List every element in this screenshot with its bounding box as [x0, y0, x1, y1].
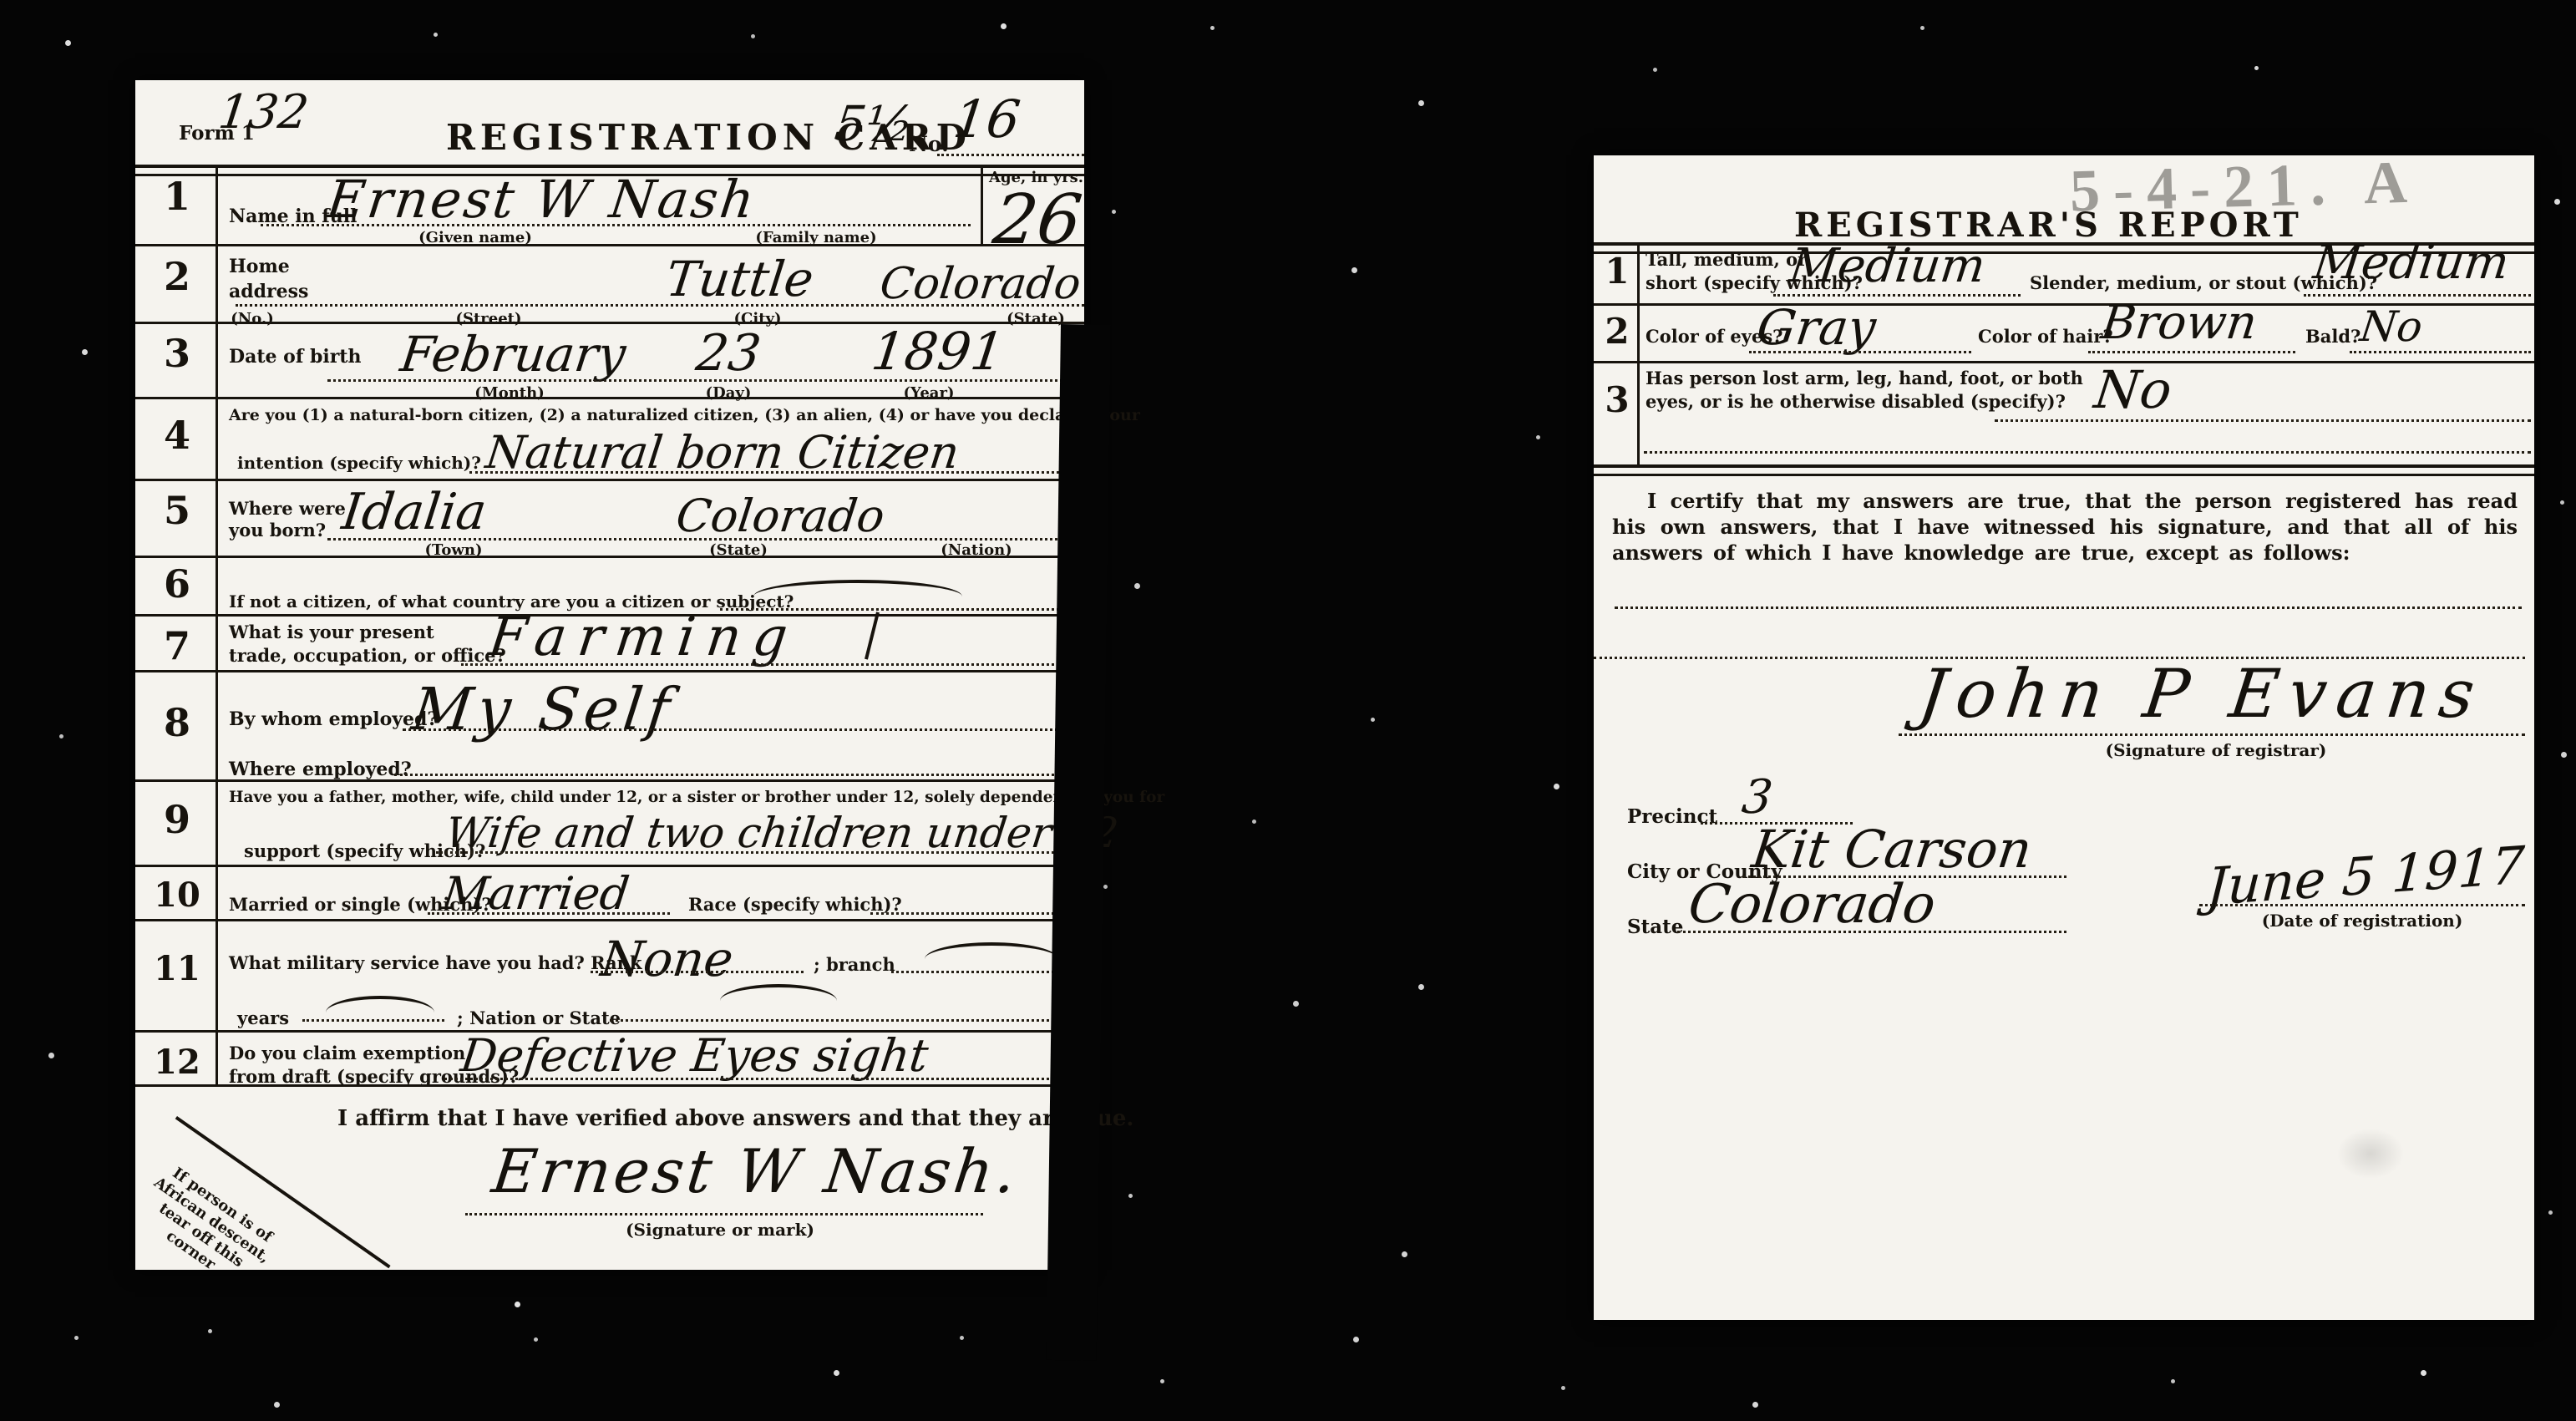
exemption-answer-handwritten: Defective Eyes sight [458, 1029, 931, 1082]
state-label: State [1627, 916, 1683, 938]
row-number: 2 [150, 254, 204, 299]
scan-smudge [2337, 1129, 2404, 1179]
header-dotted-line [937, 154, 1084, 156]
dependent-dotted-line [436, 851, 1084, 854]
home-state-handwritten: Colorado [877, 259, 1083, 309]
citizen-question-1: Are you (1) a natural-born citizen, (2) … [229, 406, 1140, 424]
row-rule [135, 244, 1084, 246]
birth-day-handwritten: 23 [693, 324, 764, 383]
nation-state-dotted-line [610, 1019, 1084, 1022]
employer-dotted-line [403, 728, 1084, 731]
row-rule [1594, 361, 2534, 363]
row-rule [135, 670, 1084, 672]
street-sublabel: (Street) [455, 310, 521, 327]
precinct-handwritten: 3 [1739, 770, 1776, 825]
state-sublabel: (State) [1007, 310, 1065, 327]
row-number: 1 [1600, 251, 1634, 292]
citizen-question-2: intention (specify which)? [237, 453, 481, 473]
citizen-dotted-line [469, 471, 1084, 474]
blank-dotted-line [1615, 606, 2522, 609]
signature-sublabel: (Signature or mark) [626, 1220, 814, 1240]
born-label-1: Where were [229, 498, 346, 519]
signature-dotted-line [465, 1213, 983, 1215]
birth-year-handwritten: 1891 [869, 321, 1008, 382]
scanned-document-background: Form 1 132 REGISTRATION CARD 5½ No. 16 1… [0, 0, 2576, 1421]
state-dotted-line [1677, 931, 2066, 933]
row-rule [135, 556, 1084, 558]
home-city-handwritten: Tuttle [663, 251, 817, 307]
born-label-2: you born? [229, 520, 326, 540]
where-employed-label: Where employed? [229, 759, 412, 780]
state-handwritten: Colorado [1685, 874, 1939, 936]
row-number: 11 [150, 949, 204, 988]
home-label-2: address [229, 281, 308, 302]
registrars-report-card: 5-4-21. A REGISTRAR'S REPORT 1 Tall, med… [1594, 155, 2534, 1320]
years-label: years [237, 1007, 289, 1028]
trade-answer-handwritten: Farming [485, 606, 802, 668]
registrar-signature-handwritten: John P Evans [1914, 655, 2488, 733]
handwritten-dash [925, 942, 1058, 959]
handwritten-dash [753, 580, 962, 596]
registration-date-dotted-line [2199, 904, 2525, 906]
handwritten-tick [865, 612, 880, 659]
disability-label-1: Has person lost arm, leg, hand, foot, or… [1645, 368, 2083, 388]
serial-number-handwritten: 16 [951, 89, 1024, 150]
row-number: 6 [150, 561, 204, 606]
row-rule [135, 919, 1084, 921]
name-dotted-line [261, 224, 971, 226]
row-number: 7 [150, 623, 204, 668]
rank-dotted-line [591, 971, 804, 973]
birth-dotted-line [327, 379, 1084, 382]
age-column-line [981, 165, 983, 244]
form-number-handwritten: 132 [216, 85, 312, 140]
branch-label: ; branch [814, 954, 895, 975]
hair-dotted-line [2088, 351, 2295, 353]
row-rule [135, 1084, 1084, 1087]
dependent-answer-handwritten: Wife and two children under 12 [443, 809, 1121, 857]
height-dotted-line [1773, 294, 2021, 297]
years-dotted-line [302, 1019, 444, 1022]
order-number-handwritten: 5½ [832, 95, 916, 152]
row-number: 8 [150, 700, 204, 745]
row-number: 5 [150, 488, 204, 533]
handwritten-dash [720, 984, 837, 1001]
eyes-dotted-line [1749, 351, 1971, 353]
disability-dotted-line [1995, 419, 2531, 422]
hair-answer-handwritten: Brown [2098, 296, 2260, 350]
certification-text: I certify that my answers are true, that… [1612, 488, 2518, 566]
row-rule [135, 779, 1084, 782]
height-answer-handwritten: Medium [1787, 239, 1988, 293]
table-bottom-double-rule [1594, 464, 2534, 476]
exemption-dotted-line [444, 1078, 1084, 1080]
number-column-line [1637, 242, 1640, 466]
bald-dotted-line [2350, 351, 2531, 353]
scan-noise-specks [0, 0, 3, 3]
dependent-question-1: Have you a father, mother, wife, child u… [229, 789, 1164, 806]
no-sublabel: (No.) [231, 310, 273, 327]
build-dotted-line [2304, 294, 2531, 297]
registration-date-sublabel: (Date of registration) [2262, 911, 2463, 931]
trade-dotted-line [461, 663, 1084, 666]
born-dotted-line [327, 538, 1084, 540]
born-town-handwritten: Idalia [339, 483, 490, 541]
where-employed-dotted-line [394, 774, 1084, 776]
disability-label-2: eyes, or is he otherwise disabled (speci… [1645, 391, 2066, 412]
age-handwritten: 26 [989, 180, 1086, 260]
row-number: 9 [150, 797, 204, 842]
home-label-1: Home [229, 256, 290, 277]
nation-state-label: ; Nation or State [457, 1007, 621, 1028]
employer-answer-handwritten: My Self [408, 675, 678, 743]
married-dotted-line [428, 912, 670, 915]
row-rule [135, 479, 1084, 481]
row3-blank-dotted-line [1644, 451, 2531, 454]
row-number: 3 [1600, 379, 1634, 420]
handwritten-dash [326, 996, 434, 1012]
employer-label: By whom employed? [229, 708, 438, 730]
row-rule [135, 397, 1084, 399]
eyes-answer-handwritten: Gray [1754, 299, 1879, 356]
tear-off-corner-note: If person is of African descent, tear of… [107, 1143, 307, 1313]
military-label: What military service have you had? Rank [229, 952, 641, 973]
city-county-handwritten: Kit Carson [1749, 819, 2036, 880]
registrant-signature-handwritten: Ernest W Nash. [489, 1136, 1023, 1206]
affirmation-text: I affirm that I have verified above answ… [337, 1106, 1133, 1131]
bald-answer-handwritten: No [2357, 302, 2425, 351]
row-number: 2 [1600, 311, 1634, 352]
disability-answer-handwritten: No [2092, 359, 2176, 420]
registrar-signature-sublabel: (Signature of registrar) [2106, 740, 2327, 760]
row-number: 1 [150, 174, 204, 219]
birth-month-handwritten: February [398, 326, 629, 383]
address-dotted-line [236, 304, 1084, 307]
name-handwritten: Ernest W Nash [324, 169, 760, 230]
number-column-line [216, 165, 218, 1084]
registration-card: Form 1 132 REGISTRATION CARD 5½ No. 16 1… [135, 80, 1084, 1270]
bald-label: Bald? [2305, 326, 2360, 347]
hair-label: Color of hair? [1978, 326, 2113, 347]
trade-label-1: What is your present [229, 622, 434, 642]
registrar-signature-dotted-line [1899, 733, 2525, 736]
row-number: 4 [150, 413, 204, 458]
exemption-label-1: Do you claim exemption [229, 1043, 465, 1063]
birth-label: Date of birth [229, 346, 361, 368]
born-state-handwritten: Colorado [673, 490, 887, 542]
no-label: No. [909, 132, 949, 156]
row-number: 12 [150, 1043, 204, 1082]
row-number: 3 [150, 331, 204, 376]
rank-answer-handwritten: None [598, 931, 737, 987]
row-number: 10 [150, 875, 204, 915]
build-answer-handwritten: Medium [2310, 236, 2512, 290]
height-label-1: Tall, medium, or [1645, 249, 1807, 270]
